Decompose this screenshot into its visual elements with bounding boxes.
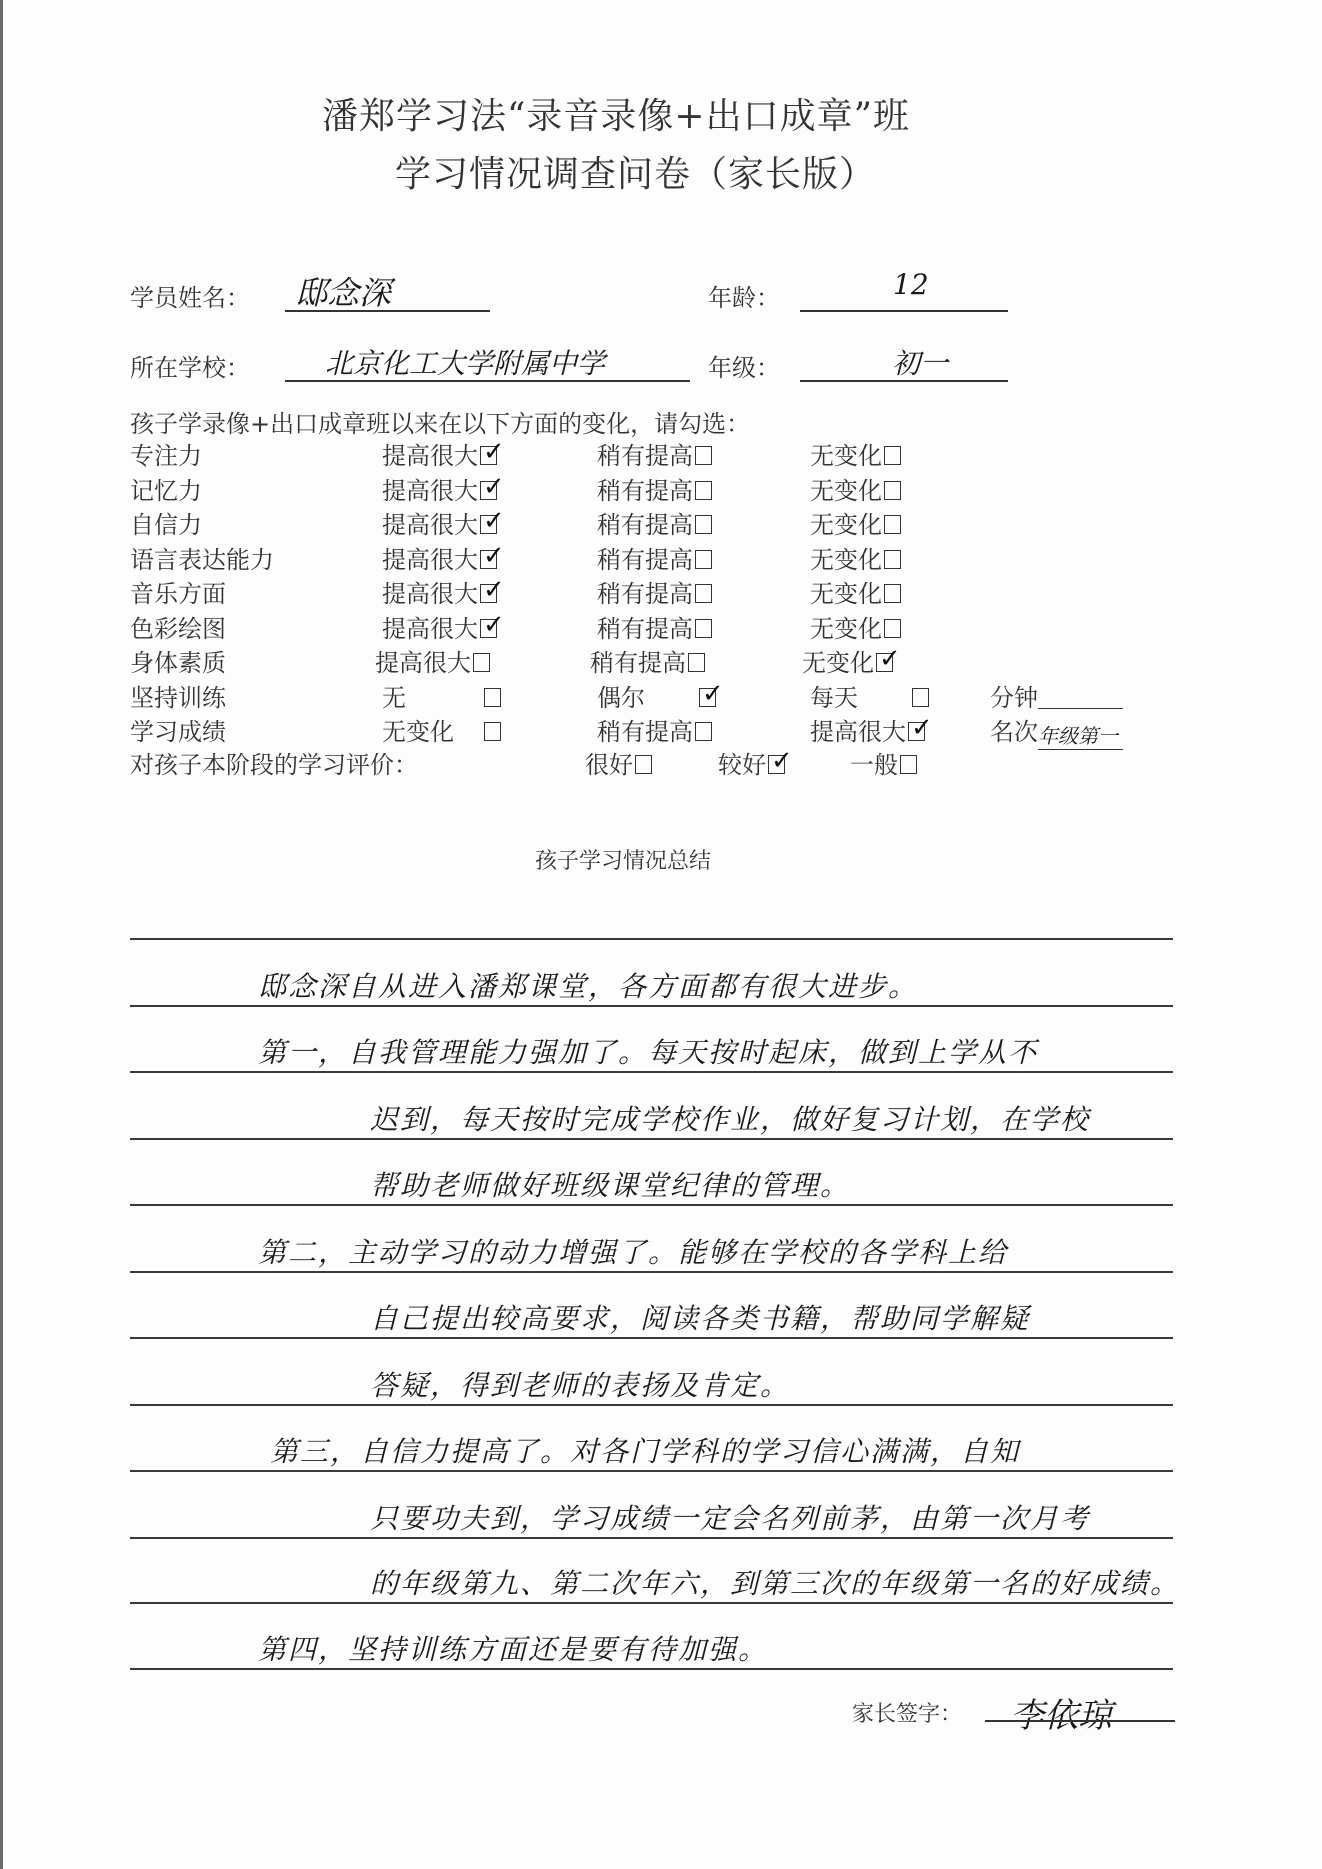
- row-label: 学习成绩: [130, 712, 226, 747]
- row-label: 身体素质: [130, 643, 226, 678]
- option-label: 稍有提高: [597, 511, 693, 539]
- signature-underline: [985, 1720, 1175, 1722]
- option[interactable]: 无变化✓: [802, 643, 893, 678]
- checkbox[interactable]: [884, 515, 901, 534]
- checkbox[interactable]: ✓: [480, 584, 497, 603]
- option-label: 提高很大: [382, 546, 478, 574]
- survey-row-physical: 身体素质提高很大稍有提高无变化✓: [130, 643, 1230, 677]
- summary-line: 自己提出较高要求，阅读各类书籍，帮助同学解疑: [370, 1297, 1030, 1337]
- field-label: 名次: [990, 718, 1038, 746]
- option-label: 提高很大: [382, 615, 478, 643]
- age-label: 年龄：: [708, 278, 780, 313]
- checkbox[interactable]: [695, 619, 712, 638]
- check-mark-icon: ✓: [483, 437, 505, 467]
- field-label: 分钟: [990, 684, 1038, 712]
- checkbox[interactable]: [484, 722, 501, 741]
- grade-label: 年级：: [708, 348, 780, 383]
- survey-row-training: 坚持训练无偶尔✓每天分钟: [130, 678, 1230, 712]
- summary-heading: 孩子学习情况总结: [535, 844, 711, 875]
- scan-edge: [0, 0, 3, 1869]
- checkbox[interactable]: ✓: [480, 446, 497, 465]
- option-label: 偶尔: [597, 678, 697, 713]
- option-label: 无变化: [382, 712, 482, 747]
- survey-row-focus: 专注力提高很大✓稍有提高无变化: [130, 436, 1230, 470]
- checkbox[interactable]: ✓: [699, 688, 716, 707]
- option[interactable]: 稍有提高: [597, 712, 712, 747]
- name-label: 学员姓名：: [130, 278, 250, 313]
- school-label: 所在学校：: [130, 348, 250, 383]
- name-value[interactable]: 邸念深: [295, 268, 391, 314]
- school-value[interactable]: 北京化工大学附属中学: [325, 342, 605, 382]
- field-value[interactable]: [1038, 708, 1123, 709]
- checkbox[interactable]: [484, 688, 501, 707]
- option-label: 无变化: [810, 477, 882, 505]
- checkbox[interactable]: ✓: [908, 722, 925, 741]
- check-mark-icon: ✓: [483, 472, 505, 502]
- option[interactable]: 提高很大✓: [810, 712, 925, 747]
- ruled-line: [130, 1668, 1173, 1670]
- summary-line: 迟到，每天按时完成学校作业，做好复习计划，在学校: [370, 1098, 1090, 1138]
- row-label: 记忆力: [130, 471, 202, 506]
- ruled-line: [130, 1404, 1173, 1406]
- summary-line: 答疑，得到老师的表扬及肯定。: [370, 1364, 790, 1404]
- signature-label: 家长签字：: [852, 1697, 962, 1728]
- option-label: 提高很大: [375, 649, 471, 677]
- form-title-line1: 潘郑学习法“录音录像+出口成章”班: [322, 88, 910, 139]
- minutes-field[interactable]: 分钟: [990, 678, 1123, 713]
- summary-line: 帮助老师做好班级课堂纪律的管理。: [370, 1164, 850, 1204]
- checkbox[interactable]: [884, 446, 901, 465]
- checkbox[interactable]: [912, 688, 929, 707]
- summary-line: 第二，主动学习的动力增强了。能够在学校的各学科上给: [258, 1231, 1008, 1271]
- option[interactable]: 提高很大✓: [382, 540, 497, 575]
- checkbox[interactable]: [884, 619, 901, 638]
- option[interactable]: 无变化: [810, 574, 901, 609]
- ruled-line: [130, 1138, 1173, 1140]
- option[interactable]: 提高很大✓: [382, 436, 497, 471]
- option[interactable]: 每天: [810, 678, 929, 713]
- checkbox[interactable]: [695, 481, 712, 500]
- checkbox[interactable]: [695, 722, 712, 741]
- option[interactable]: 偶尔✓: [597, 678, 716, 713]
- checkbox[interactable]: ✓: [480, 619, 497, 638]
- option[interactable]: 无变化: [810, 436, 901, 471]
- option-label: 稍有提高: [597, 718, 693, 746]
- option-label: 稍有提高: [597, 546, 693, 574]
- evaluation-label: 对孩子本阶段的学习评价：: [130, 745, 418, 780]
- row-label: 语言表达能力: [130, 540, 274, 575]
- evaluation-option-good[interactable]: 较好✓: [718, 745, 785, 780]
- option[interactable]: 无变化: [810, 609, 901, 644]
- option[interactable]: 稍有提高: [597, 540, 712, 575]
- evaluation-option-very-good[interactable]: 很好: [585, 745, 652, 780]
- checkbox[interactable]: [695, 584, 712, 603]
- check-mark-icon: ✓: [483, 541, 505, 571]
- checkbox[interactable]: ✓: [876, 653, 893, 672]
- option-label: 无变化: [810, 615, 882, 643]
- option[interactable]: 提高很大✓: [382, 471, 497, 506]
- option-label: 稍有提高: [597, 615, 693, 643]
- row-label: 自信力: [130, 505, 202, 540]
- row-label: 专注力: [130, 436, 202, 471]
- option[interactable]: 无: [382, 678, 501, 713]
- check-mark-icon: ✓: [911, 713, 933, 743]
- row-label: 音乐方面: [130, 574, 226, 609]
- option-label: 提高很大: [382, 580, 478, 608]
- option-label: 无变化: [810, 580, 882, 608]
- option-label: 提高很大: [810, 718, 906, 746]
- option[interactable]: 无变化: [810, 540, 901, 575]
- checkbox[interactable]: [695, 446, 712, 465]
- option-label: 提高很大: [382, 442, 478, 470]
- ruled-line: [130, 1537, 1173, 1539]
- ruled-line: [130, 1470, 1173, 1472]
- checkbox[interactable]: ✓: [480, 550, 497, 569]
- checkbox[interactable]: [688, 653, 705, 672]
- summary-line: 第一，自我管理能力强加了。每天按时起床，做到上学从不: [258, 1031, 1038, 1071]
- option-label: 稍有提高: [597, 580, 693, 608]
- check-mark-icon: ✓: [771, 746, 793, 776]
- option-label: 一般: [850, 751, 898, 779]
- signature-value[interactable]: 李依琼: [1010, 1688, 1112, 1737]
- survey-row-memory: 记忆力提高很大✓稍有提高无变化: [130, 471, 1230, 505]
- check-mark-icon: ✓: [483, 506, 505, 536]
- option[interactable]: 稍有提高: [597, 436, 712, 471]
- summary-line: 第四，坚持训练方面还是要有待加强。: [258, 1628, 768, 1668]
- name-underline: [285, 310, 490, 312]
- checkbox[interactable]: [635, 755, 652, 774]
- ruled-line: [130, 1271, 1173, 1273]
- evaluation-row: 对孩子本阶段的学习评价： 很好 较好✓ 一般: [130, 745, 1230, 779]
- option-label: 稍有提高: [597, 442, 693, 470]
- survey-row-grades: 学习成绩无变化稍有提高提高很大✓名次年级第一: [130, 712, 1230, 746]
- ruled-line: [130, 1005, 1173, 1007]
- option[interactable]: 提高很大: [375, 643, 490, 678]
- option-label: 无变化: [802, 649, 874, 677]
- survey-row-confidence: 自信力提高很大✓稍有提高无变化: [130, 505, 1230, 539]
- option[interactable]: 无变化: [810, 505, 901, 540]
- survey-instruction: 孩子学录像+出口成章班以来在以下方面的变化，请勾选：: [130, 404, 750, 439]
- option[interactable]: 稍有提高: [597, 574, 712, 609]
- age-underline: [800, 310, 1008, 312]
- summary-line: 只要功夫到，学习成绩一定会名列前茅，由第一次月考: [370, 1497, 1090, 1537]
- evaluation-option-average[interactable]: 一般: [850, 745, 917, 780]
- option[interactable]: 稍有提高: [597, 609, 712, 644]
- checkbox[interactable]: [695, 550, 712, 569]
- option[interactable]: 无变化: [382, 712, 501, 747]
- ruled-line: [130, 1337, 1173, 1339]
- check-mark-icon: ✓: [483, 610, 505, 640]
- option[interactable]: 稍有提高: [590, 643, 705, 678]
- option-label: 无: [382, 678, 482, 713]
- checkbox[interactable]: [884, 584, 901, 603]
- age-value[interactable]: 12: [893, 268, 929, 301]
- check-mark-icon: ✓: [879, 644, 901, 674]
- checkbox[interactable]: ✓: [480, 481, 497, 500]
- option-label: 较好: [718, 751, 766, 779]
- survey-row-expression: 语言表达能力提高很大✓稍有提高无变化: [130, 540, 1230, 574]
- option[interactable]: 提高很大✓: [382, 505, 497, 540]
- summary-line: 邸念深自从进入潘郑课堂，各方面都有很大进步。: [258, 965, 918, 1005]
- grade-value[interactable]: 初一: [892, 342, 948, 382]
- option[interactable]: 提高很大✓: [382, 609, 497, 644]
- row-label: 色彩绘图: [130, 609, 226, 644]
- school-underline: [285, 380, 690, 382]
- grade-underline: [800, 380, 1008, 382]
- option-label: 无变化: [810, 442, 882, 470]
- check-mark-icon: ✓: [483, 575, 505, 605]
- option-label: 提高很大: [382, 511, 478, 539]
- ruled-line: [130, 1204, 1173, 1206]
- option[interactable]: 稍有提高: [597, 505, 712, 540]
- option-label: 无变化: [810, 511, 882, 539]
- option-label: 很好: [585, 751, 633, 779]
- option-label: 每天: [810, 678, 910, 713]
- checkbox[interactable]: [473, 653, 490, 672]
- option[interactable]: 提高很大✓: [382, 574, 497, 609]
- option-label: 提高很大: [382, 477, 478, 505]
- option[interactable]: 无变化: [810, 471, 901, 506]
- option[interactable]: 稍有提高: [597, 471, 712, 506]
- option-label: 稍有提高: [597, 477, 693, 505]
- checkbox[interactable]: [884, 481, 901, 500]
- checkbox[interactable]: ✓: [768, 755, 785, 774]
- survey-row-drawing: 色彩绘图提高很大✓稍有提高无变化: [130, 609, 1230, 643]
- row-label: 坚持训练: [130, 678, 226, 713]
- check-mark-icon: ✓: [702, 679, 724, 709]
- form-title-line2: 学习情况调查问卷（家长版）: [395, 146, 876, 197]
- ruled-line: [130, 1602, 1173, 1604]
- summary-line: 的年级第九、第二次年六，到第三次的年级第一名的好成绩。: [370, 1562, 1180, 1602]
- checkbox[interactable]: [884, 550, 901, 569]
- checkbox[interactable]: ✓: [480, 515, 497, 534]
- ruled-line: [130, 938, 1173, 940]
- checkbox[interactable]: [695, 515, 712, 534]
- checkbox[interactable]: [900, 755, 917, 774]
- option-label: 稍有提高: [590, 649, 686, 677]
- option-label: 无变化: [810, 546, 882, 574]
- survey-row-music: 音乐方面提高很大✓稍有提高无变化: [130, 574, 1230, 608]
- ruled-line: [130, 1071, 1173, 1073]
- summary-line: 第三，自信力提高了。对各门学科的学习信心满满，自知: [270, 1430, 1020, 1470]
